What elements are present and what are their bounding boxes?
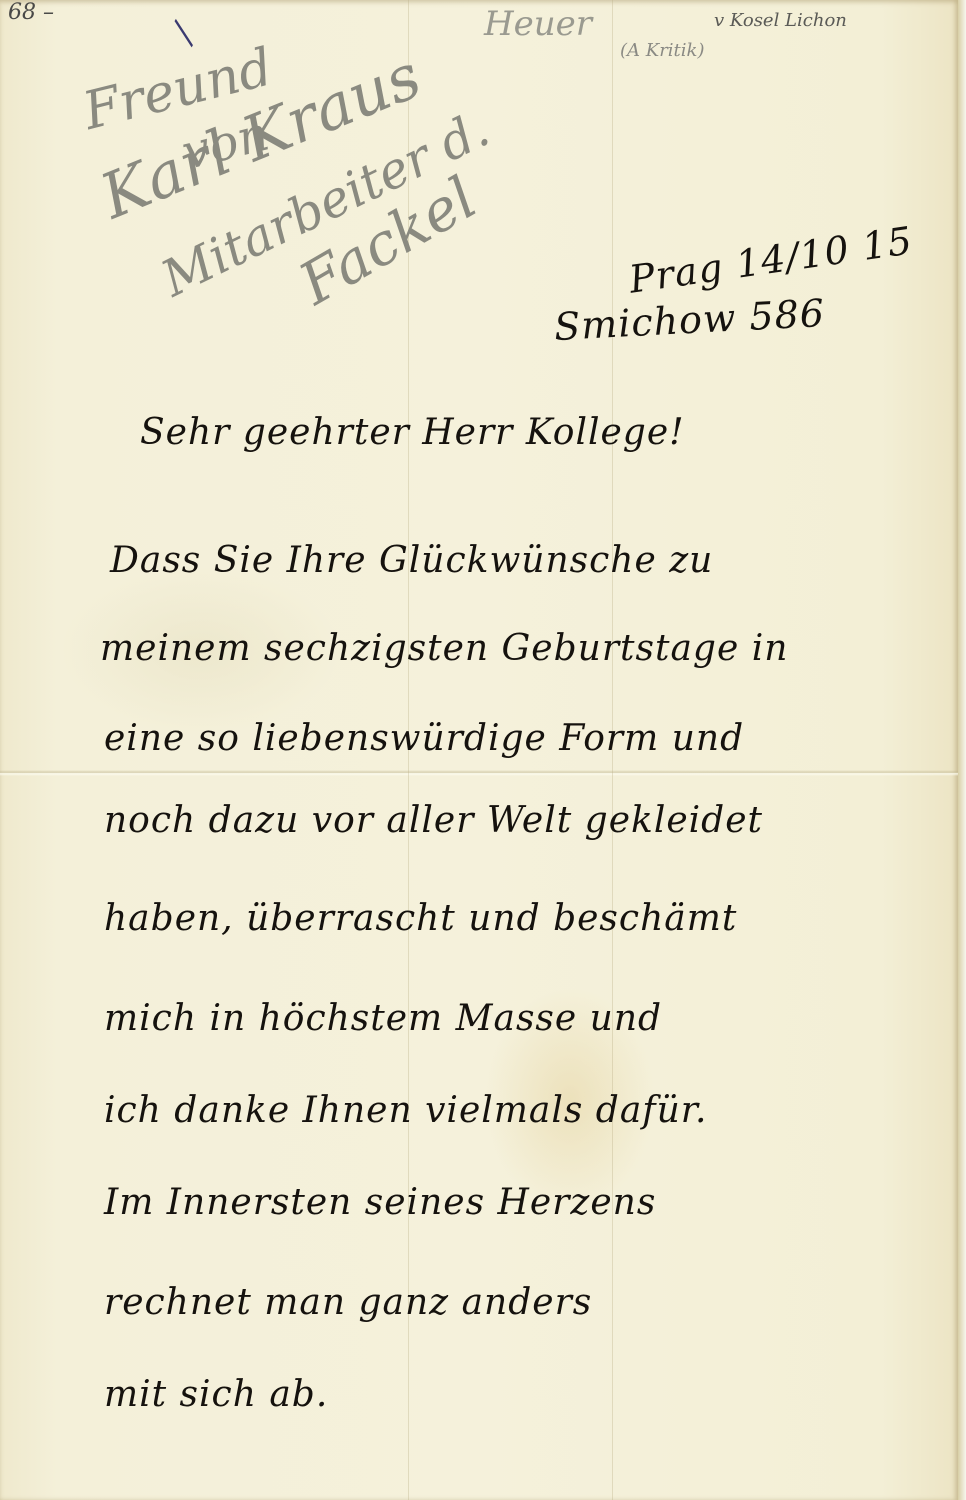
- letter-line: eine so liebenswürdige Form und: [104, 718, 744, 759]
- letter-line: haben, überrascht und beschämt: [104, 898, 737, 939]
- letter-line: noch dazu vor aller Welt gekleidet: [104, 800, 763, 841]
- letter-line: mit sich ab.: [104, 1374, 328, 1415]
- pencil-note-kosel: v Kosel Lichon: [714, 10, 847, 31]
- paper-edge: [958, 0, 966, 1500]
- horizontal-fold: [0, 770, 958, 776]
- letter-line: Im Innersten seines Herzens: [104, 1182, 656, 1223]
- letter-line: mich in höchstem Masse und: [104, 998, 662, 1039]
- folio-number: 68 –: [8, 0, 54, 25]
- letter-line: meinem sechzigsten Geburtstage in: [100, 628, 788, 669]
- letter-line: ich danke Ihnen vielmals dafür.: [104, 1090, 708, 1131]
- pencil-note-heuer: Heuer: [484, 4, 592, 44]
- letter-line: Dass Sie Ihre Glückwünsche zu: [110, 540, 713, 581]
- pencil-note-kritik: (A Kritik): [620, 40, 704, 61]
- salutation: Sehr geehrter Herr Kollege!: [140, 412, 685, 453]
- letter-line: rechnet man ganz anders: [104, 1282, 592, 1323]
